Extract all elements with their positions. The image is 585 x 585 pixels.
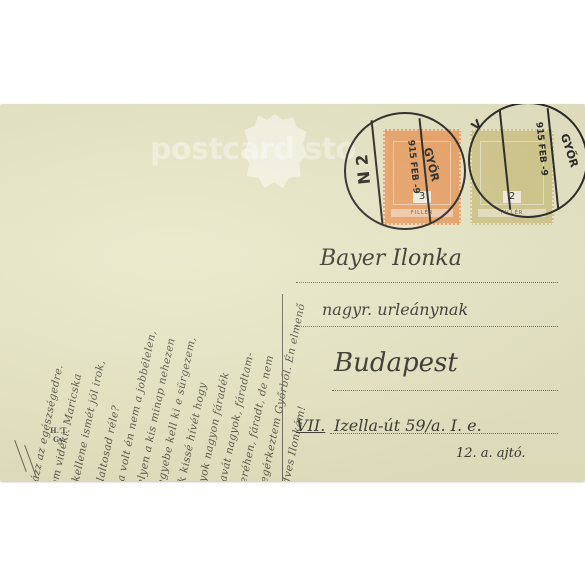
postmark-city: GYŐR xyxy=(558,132,581,169)
recipient-district: VII. xyxy=(296,416,325,435)
publisher-mark-line: Gy. xyxy=(50,435,68,444)
publisher-mark-line: H.'T. xyxy=(50,426,68,435)
address-line-rule xyxy=(332,390,558,391)
postmark-bar xyxy=(547,108,560,210)
divider-line xyxy=(282,294,283,481)
recipient-city: Budapest xyxy=(334,348,458,378)
address-line-rule xyxy=(296,282,558,283)
postmark-date: 915 FEB -9 xyxy=(533,122,549,177)
address-line-rule xyxy=(330,433,558,434)
recipient-title: nagyr. urleánynak xyxy=(322,300,468,319)
postmark-circle: 915 FEB -9 GYŐR N 2 xyxy=(344,112,466,230)
postmark-date: 915 FEB -9 xyxy=(405,140,421,195)
recipient-name: Bayer Ilonka xyxy=(320,246,462,271)
publisher-mark: H.'T. Gy. xyxy=(50,426,68,444)
postmark-bar xyxy=(499,110,511,210)
recipient-door: 12. a. ajtó. xyxy=(456,446,526,461)
postmark-code: N 2 xyxy=(352,154,374,186)
postcard-back: postcard sto Kedves Ilonkám! Szeressen m… xyxy=(0,104,585,481)
address-line-rule xyxy=(296,326,558,327)
postmark-circle: 915 FEB -9 GYŐR V xyxy=(468,104,585,218)
